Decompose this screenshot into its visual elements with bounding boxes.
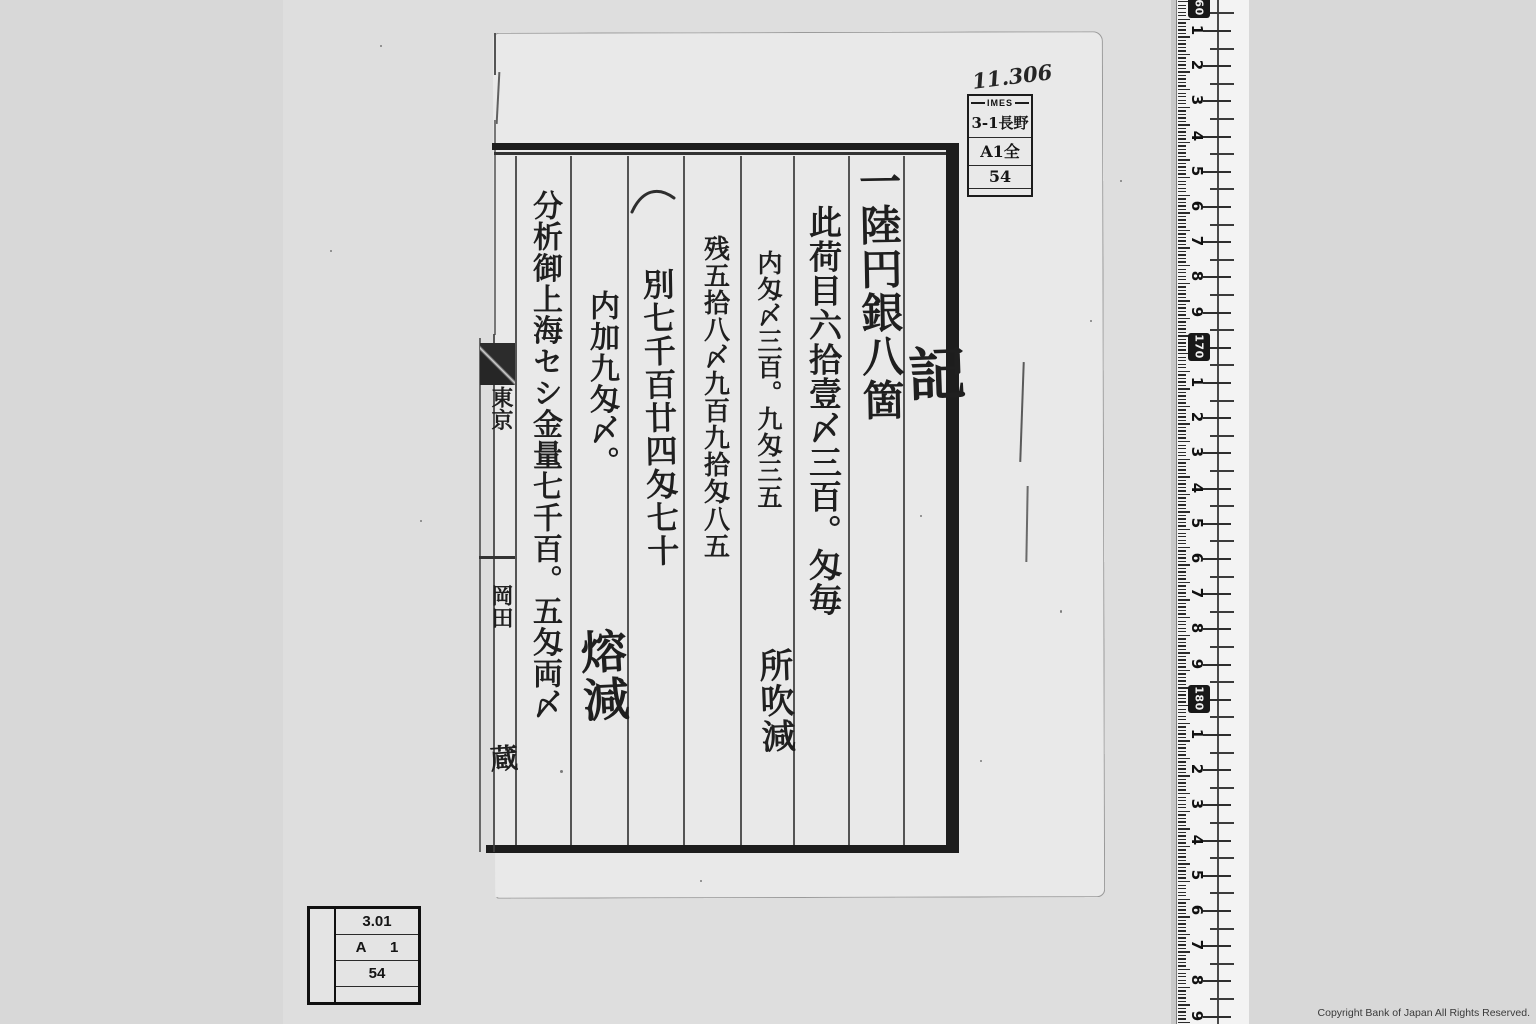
ruler-number: 8 bbox=[1188, 971, 1206, 989]
ruler-mm-tick bbox=[1178, 202, 1186, 203]
ruler-mm-tick bbox=[1178, 325, 1186, 326]
imes-tag-row-number: 54 bbox=[969, 166, 1031, 189]
ruler-mm-tick bbox=[1178, 413, 1186, 414]
ruler-mm-tick bbox=[1178, 592, 1186, 593]
handwritten-column-spine-okada: 岡田 bbox=[486, 584, 512, 630]
ruler-half-cm-tick bbox=[1210, 576, 1234, 578]
ruler-mm-tick bbox=[1178, 716, 1186, 717]
handwritten-column-spine-zo: 蔵 bbox=[482, 743, 518, 774]
scan-speck bbox=[700, 880, 702, 882]
ruler-mm-tick bbox=[1178, 807, 1186, 808]
sheet-edge-left bbox=[494, 33, 496, 75]
ruler-number: 9 bbox=[1188, 1007, 1206, 1024]
ruler-mm-tick bbox=[1178, 578, 1186, 579]
ruler-mm-tick bbox=[1178, 371, 1190, 372]
ruler-mm-tick bbox=[1178, 342, 1186, 343]
corner-archive-tag: 3.01 A 1 54 bbox=[307, 906, 421, 1005]
ruler-mm-tick bbox=[1178, 800, 1186, 801]
ruler-mm-tick bbox=[1178, 297, 1186, 298]
ruler-mm-tick bbox=[1178, 860, 1186, 861]
ruler-mm-tick bbox=[1178, 82, 1186, 83]
ruler-mm-tick bbox=[1178, 131, 1186, 132]
ruled-border-top-inner bbox=[494, 152, 956, 155]
ruler-mm-tick bbox=[1178, 828, 1190, 829]
ruled-border-top bbox=[492, 143, 959, 150]
ruler-number: 5 bbox=[1188, 162, 1206, 180]
ruler-mm-tick bbox=[1178, 645, 1186, 646]
ruler-mm-tick bbox=[1178, 663, 1186, 664]
ruler-half-cm-tick bbox=[1210, 48, 1234, 50]
ruler-mm-tick bbox=[1178, 698, 1186, 699]
ruler-mm-tick bbox=[1178, 867, 1186, 868]
ruler-mm-tick bbox=[1178, 244, 1186, 245]
ruler-mm-tick bbox=[1178, 835, 1186, 836]
ruler-half-cm-tick bbox=[1210, 329, 1234, 331]
ruler-mm-tick bbox=[1178, 152, 1186, 153]
ruler-mm-tick bbox=[1178, 78, 1186, 79]
ruler-mm-tick bbox=[1178, 466, 1186, 467]
ruler-mm-tick bbox=[1178, 659, 1186, 660]
ruler-mm-tick bbox=[1178, 709, 1186, 710]
ruled-border-bottom bbox=[486, 845, 958, 853]
ruler-mm-tick bbox=[1178, 462, 1186, 463]
corner-tag-row-number: 54 bbox=[336, 961, 418, 987]
ruler-mm-tick bbox=[1178, 768, 1186, 769]
ruler-mm-tick bbox=[1178, 853, 1186, 854]
ruler-mm-tick bbox=[1178, 804, 1186, 805]
ruler-mm-tick bbox=[1178, 899, 1190, 900]
ruler-half-cm-tick bbox=[1210, 787, 1234, 789]
ruler-mm-tick bbox=[1178, 976, 1186, 977]
ruler-mm-tick bbox=[1178, 269, 1186, 270]
ruler-cm-tick bbox=[1203, 734, 1231, 736]
ruler-mm-tick bbox=[1178, 480, 1186, 481]
spine-line-outer bbox=[479, 338, 481, 852]
ruler-mm-tick bbox=[1178, 54, 1190, 55]
ruler-mm-tick bbox=[1178, 631, 1186, 632]
ruler-mm-tick bbox=[1178, 536, 1186, 537]
ruler-mm-tick bbox=[1178, 487, 1186, 488]
ruler-mm-tick bbox=[1178, 314, 1186, 315]
handwritten-column-line-5: 別七千百廿四匁七十 bbox=[634, 268, 677, 568]
ruler-mm-tick bbox=[1178, 346, 1186, 347]
column-line bbox=[683, 156, 685, 845]
ruler-mm-tick bbox=[1178, 483, 1186, 484]
ruler-number: 6 bbox=[1188, 197, 1206, 215]
ruler-mm-tick bbox=[1178, 730, 1186, 731]
ruler-mm-tick bbox=[1178, 272, 1186, 273]
ruler-number: 3 bbox=[1188, 795, 1206, 813]
ruler-mm-tick bbox=[1178, 754, 1186, 755]
ruler-mm-tick bbox=[1178, 490, 1186, 491]
ruler-mm-tick bbox=[1178, 378, 1186, 379]
ruler-mm-tick bbox=[1178, 395, 1186, 396]
ruler-mm-tick bbox=[1178, 842, 1186, 843]
scan-speck bbox=[560, 770, 563, 773]
ruler-mm-tick bbox=[1178, 188, 1186, 189]
ruler-cm-tick bbox=[1203, 664, 1231, 666]
ruler-half-cm-tick bbox=[1210, 470, 1234, 472]
ruler-mm-tick bbox=[1178, 332, 1186, 333]
ruler-mm-tick bbox=[1178, 304, 1186, 305]
ruler-mm-tick bbox=[1178, 554, 1186, 555]
ruler-mm-tick bbox=[1178, 61, 1186, 62]
ruler-half-cm-tick bbox=[1210, 505, 1234, 507]
ruler-mm-tick bbox=[1178, 680, 1186, 681]
ruler-mm-tick bbox=[1178, 613, 1186, 614]
ruler-number: 1 bbox=[1188, 725, 1206, 743]
ruler-mm-tick bbox=[1178, 392, 1186, 393]
ruler-mm-tick bbox=[1178, 621, 1186, 622]
ruler-number: 7 bbox=[1188, 232, 1206, 250]
ruler-mm-tick bbox=[1178, 983, 1186, 984]
ruler-half-cm-tick bbox=[1210, 892, 1234, 894]
ruler-half-cm-tick bbox=[1210, 294, 1234, 296]
ruler-mm-tick bbox=[1178, 525, 1186, 526]
ruler-mm-tick bbox=[1178, 892, 1186, 893]
ruler-mm-tick bbox=[1178, 733, 1186, 734]
ruler-mm-tick bbox=[1178, 550, 1186, 551]
ruler-mm-tick bbox=[1178, 624, 1186, 625]
ruler-mm-tick bbox=[1178, 420, 1186, 421]
ruler-mm-tick bbox=[1178, 455, 1186, 456]
ruler-mm-tick bbox=[1178, 452, 1186, 453]
ruler-mm-tick bbox=[1178, 1001, 1186, 1002]
imes-tag-row-class: A1全 bbox=[969, 138, 1031, 166]
ruler-mm-tick bbox=[1178, 469, 1186, 470]
ruler-mm-tick bbox=[1178, 445, 1186, 446]
ruler-cm-tick bbox=[1203, 523, 1231, 525]
ruler-cm-tick bbox=[1203, 558, 1231, 560]
handwritten-column-line-3-note: 所吹減 bbox=[748, 647, 793, 754]
corner-tag-side-cell bbox=[310, 909, 336, 1002]
ruler-half-cm-tick bbox=[1210, 963, 1234, 965]
ruler-mm-tick bbox=[1178, 515, 1186, 516]
ruler-mm-tick bbox=[1178, 367, 1186, 368]
ruler-number: 5 bbox=[1188, 514, 1206, 532]
ruler-mm-tick bbox=[1178, 149, 1186, 150]
ruler-mm-tick bbox=[1178, 642, 1186, 643]
ruler-mm-tick bbox=[1178, 814, 1186, 815]
ruler-mm-tick bbox=[1178, 198, 1186, 199]
ruler-half-cm-tick bbox=[1210, 857, 1234, 859]
ruler-mm-tick bbox=[1178, 677, 1186, 678]
handwritten-column-line-4: 残五拾八〆九百九拾匁八五 bbox=[697, 235, 728, 559]
ruler-mm-tick bbox=[1178, 233, 1186, 234]
ruler-mm-tick bbox=[1178, 1004, 1190, 1005]
ruler-mm-tick bbox=[1178, 406, 1190, 407]
ruler-half-cm-tick bbox=[1210, 540, 1234, 542]
ruler-mm-tick bbox=[1178, 540, 1186, 541]
ruler-mm-tick bbox=[1178, 47, 1186, 48]
ruler-mm-tick bbox=[1178, 29, 1186, 30]
ruler-number: 1 bbox=[1188, 21, 1206, 39]
ruler-number: 2 bbox=[1188, 56, 1206, 74]
corner-tag-row-code: 3.01 bbox=[336, 909, 418, 935]
imes-tag-title: IMES bbox=[987, 98, 1013, 108]
ruler-mm-tick bbox=[1178, 941, 1186, 942]
ruler-cm-tick bbox=[1203, 30, 1231, 32]
ruler-mm-tick bbox=[1178, 779, 1186, 780]
ruler-mm-tick bbox=[1178, 339, 1186, 340]
ruler-mm-tick bbox=[1178, 786, 1186, 787]
ruler-mm-tick bbox=[1178, 747, 1186, 748]
ruler-half-cm-tick bbox=[1210, 83, 1234, 85]
ruler-mm-tick bbox=[1178, 33, 1186, 34]
ruler-mm-tick bbox=[1178, 571, 1186, 572]
ruler-cm-tick bbox=[1203, 312, 1231, 314]
ruler-mm-tick bbox=[1178, 399, 1186, 400]
scan-speck bbox=[980, 760, 982, 762]
ruler-mm-tick bbox=[1178, 427, 1186, 428]
handwritten-column-spine-tokyo: 東京 bbox=[486, 386, 512, 432]
ruler-mm-tick bbox=[1178, 789, 1186, 790]
ruler-half-cm-tick bbox=[1210, 259, 1234, 261]
ruler-mm-tick bbox=[1178, 12, 1186, 13]
ruler-mm-tick bbox=[1178, 568, 1186, 569]
ruler-number: 4 bbox=[1188, 127, 1206, 145]
ruler-number: 4 bbox=[1188, 479, 1206, 497]
ruler-mm-tick bbox=[1178, 603, 1186, 604]
ruler-mm-tick bbox=[1178, 965, 1186, 966]
ruler-number: 5 bbox=[1188, 866, 1206, 884]
ruler-mm-tick bbox=[1178, 307, 1186, 308]
ruler-number: 3 bbox=[1188, 443, 1206, 461]
ruler-number: 6 bbox=[1188, 901, 1206, 919]
ruler-mm-tick bbox=[1178, 712, 1186, 713]
ruler-mm-tick bbox=[1178, 166, 1186, 167]
ruler-number: 4 bbox=[1188, 831, 1206, 849]
ruler-number: 3 bbox=[1188, 91, 1206, 109]
ruler-mm-tick bbox=[1178, 230, 1190, 231]
ruler-mm-tick bbox=[1178, 110, 1186, 111]
scan-speck bbox=[330, 250, 332, 252]
ruler-mm-tick bbox=[1178, 821, 1186, 822]
ruler-mm-tick bbox=[1178, 237, 1186, 238]
ruler-cm-tick bbox=[1203, 628, 1231, 630]
ruler-cm-tick bbox=[1203, 769, 1231, 771]
ruler-cm-tick bbox=[1203, 593, 1231, 595]
ruler-mm-tick bbox=[1178, 473, 1186, 474]
scan-speck bbox=[380, 45, 382, 47]
ruler-cm-block-160: 160 bbox=[1188, 0, 1210, 18]
ruler-mm-tick bbox=[1178, 64, 1186, 65]
ruler-cm-tick bbox=[1203, 171, 1231, 173]
column-line bbox=[570, 156, 572, 845]
ruler-cm-tick bbox=[1203, 875, 1231, 877]
ruler-mm-tick bbox=[1178, 100, 1186, 101]
ruler-cm-tick bbox=[1203, 980, 1231, 982]
ruler-mm-tick bbox=[1178, 128, 1186, 129]
ruler-half-cm-tick bbox=[1210, 752, 1234, 754]
ruler-mm-tick bbox=[1178, 205, 1186, 206]
ruler-mm-tick bbox=[1178, 374, 1186, 375]
ruler-half-cm-tick bbox=[1210, 188, 1234, 190]
ruler-mm-tick bbox=[1178, 691, 1186, 692]
ruler-cm-tick bbox=[1203, 417, 1231, 419]
ruler-mm-tick bbox=[1178, 501, 1186, 502]
ruler-mm-tick bbox=[1178, 684, 1186, 685]
ruler-number: 2 bbox=[1188, 760, 1206, 778]
ruler-number: 9 bbox=[1188, 655, 1206, 673]
ruler-mm-tick bbox=[1178, 311, 1186, 312]
spine-divider bbox=[479, 556, 515, 559]
ruler-mm-tick bbox=[1178, 652, 1190, 653]
ruler-cm-tick bbox=[1203, 206, 1231, 208]
ruler-cm-tick bbox=[1203, 382, 1231, 384]
ruler-mm-tick bbox=[1178, 508, 1186, 509]
ruler-mm-tick bbox=[1178, 673, 1186, 674]
ruler-cm-tick bbox=[1203, 65, 1231, 67]
ruler-half-cm-tick bbox=[1210, 224, 1234, 226]
ruler-mm-tick bbox=[1178, 923, 1186, 924]
ruler-half-cm-tick bbox=[1210, 716, 1234, 718]
ruler-number: 7 bbox=[1188, 584, 1206, 602]
scan-speck bbox=[920, 515, 922, 517]
ruler-mm-tick bbox=[1178, 385, 1186, 386]
ruler-cm-tick bbox=[1203, 840, 1231, 842]
ruler-mm-tick bbox=[1178, 163, 1186, 164]
ruler-cm-tick bbox=[1203, 276, 1231, 278]
ruler-mm-tick bbox=[1178, 948, 1186, 949]
ruler-mm-tick bbox=[1178, 533, 1186, 534]
ruler-mm-tick bbox=[1178, 849, 1186, 850]
ruler-number: 9 bbox=[1188, 303, 1206, 321]
ruler-mm-tick bbox=[1178, 209, 1186, 210]
ruler-mm-tick bbox=[1178, 117, 1186, 118]
ruler-mm-tick bbox=[1178, 1018, 1186, 1019]
ruler-half-cm-tick bbox=[1210, 928, 1234, 930]
ruler-number: 8 bbox=[1188, 619, 1206, 637]
ruler-mm-tick bbox=[1178, 15, 1186, 16]
ruler-mm-tick bbox=[1178, 43, 1186, 44]
ruler-mm-tick bbox=[1178, 585, 1186, 586]
ruler-mm-tick bbox=[1178, 557, 1186, 558]
ruler-mm-tick bbox=[1178, 328, 1186, 329]
ruler-mm-tick bbox=[1178, 726, 1186, 727]
ruler-mm-tick bbox=[1178, 22, 1186, 23]
imes-tag-row-empty bbox=[969, 189, 1031, 198]
ruler-cm-tick bbox=[1203, 1016, 1231, 1018]
ruler-half-cm-tick bbox=[1210, 435, 1234, 437]
ruler-cm-tick bbox=[1203, 136, 1231, 138]
ruler-mm-tick bbox=[1178, 402, 1186, 403]
ruler-mm-tick bbox=[1178, 195, 1190, 196]
ruler-mm-tick bbox=[1178, 430, 1186, 431]
corner-tag-row-empty bbox=[336, 987, 418, 1002]
ruler-mm-tick bbox=[1178, 138, 1186, 139]
ruler-number: 6 bbox=[1188, 549, 1206, 567]
ruler-cm-tick bbox=[1203, 804, 1231, 806]
ruler-mm-tick bbox=[1178, 649, 1186, 650]
ruler-mm-tick bbox=[1178, 575, 1186, 576]
ruler-half-cm-tick bbox=[1210, 364, 1234, 366]
ruler-mm-tick bbox=[1178, 839, 1186, 840]
ruler-mm-tick bbox=[1178, 321, 1186, 322]
ruler-mm-tick bbox=[1178, 26, 1186, 27]
ruler-mm-tick bbox=[1178, 124, 1190, 125]
ruler-mm-tick bbox=[1178, 1008, 1186, 1009]
ruler-mm-tick bbox=[1178, 782, 1186, 783]
ruler-mm-tick bbox=[1178, 758, 1190, 759]
ruler-mm-tick bbox=[1178, 856, 1186, 857]
ruler-mm-tick bbox=[1178, 955, 1186, 956]
ruler-mm-tick bbox=[1178, 927, 1186, 928]
ruler-half-cm-tick bbox=[1210, 681, 1234, 683]
ruler-mm-tick bbox=[1178, 997, 1186, 998]
ruler-mm-tick bbox=[1178, 694, 1186, 695]
ruler-mm-tick bbox=[1178, 761, 1186, 762]
ruler-mm-tick bbox=[1178, 656, 1186, 657]
ruler-mm-tick bbox=[1178, 19, 1190, 20]
ruler-half-cm-tick bbox=[1210, 822, 1234, 824]
ruler-mm-tick bbox=[1178, 364, 1186, 365]
ruler-mm-tick bbox=[1178, 561, 1186, 562]
ruler-mm-tick bbox=[1178, 191, 1186, 192]
ruler-cm-tick bbox=[1203, 910, 1231, 912]
ruler-mm-tick bbox=[1178, 913, 1186, 914]
ruler-mm-tick bbox=[1178, 930, 1186, 931]
ruler-mm-tick bbox=[1178, 920, 1186, 921]
ruler-mm-tick bbox=[1178, 902, 1186, 903]
ruler-mm-tick bbox=[1178, 1015, 1186, 1016]
handwritten-column-line-3: 内匁〆三百。九匁三五 bbox=[751, 250, 781, 510]
ruler-cm-tick bbox=[1203, 452, 1231, 454]
ruler-mm-tick bbox=[1178, 874, 1186, 875]
ruler-mm-tick bbox=[1178, 184, 1186, 185]
ruler-mm-tick bbox=[1178, 349, 1186, 350]
ruler-mm-tick bbox=[1178, 93, 1186, 94]
ruler-half-cm-tick bbox=[1210, 118, 1234, 120]
ruler-mm-tick bbox=[1178, 606, 1186, 607]
ruler-mm-tick bbox=[1178, 286, 1186, 287]
ruler-mm-tick bbox=[1178, 261, 1186, 262]
ruler-mm-tick bbox=[1178, 50, 1186, 51]
corner-tag-row-class: A 1 bbox=[336, 935, 418, 961]
ruler-mm-tick bbox=[1178, 818, 1186, 819]
handwritten-column-line-2: 此荷目六拾壹〆三百。匁毎 bbox=[800, 205, 840, 617]
copyright-notice: Copyright Bank of Japan All Rights Reser… bbox=[1318, 1007, 1530, 1019]
ruler-mm-tick bbox=[1178, 279, 1186, 280]
ruler-mm-tick bbox=[1178, 276, 1186, 277]
handwritten-column-line-6-note: 熔減 bbox=[568, 627, 628, 725]
ruler-mm-tick bbox=[1178, 994, 1186, 995]
ruler-mm-tick bbox=[1178, 832, 1186, 833]
ruler-mm-tick bbox=[1178, 701, 1186, 702]
ruler-mm-tick bbox=[1178, 448, 1186, 449]
ruler-mm-tick bbox=[1178, 589, 1186, 590]
ruler-cm-tick bbox=[1203, 488, 1231, 490]
ruler-mm-tick bbox=[1178, 1011, 1186, 1012]
ruler-mm-tick bbox=[1178, 181, 1186, 182]
ruler-mm-tick bbox=[1178, 958, 1186, 959]
ruler-mm-tick bbox=[1178, 135, 1186, 136]
ruler-mm-tick bbox=[1178, 906, 1186, 907]
ruler-mm-tick bbox=[1178, 980, 1186, 981]
handwritten-column-line-7: 分析御上海セシ金量七千百。五匁両〆 bbox=[524, 190, 560, 720]
ruler-mm-tick bbox=[1178, 258, 1186, 259]
ruler-half-cm-tick bbox=[1210, 646, 1234, 648]
scan-speck bbox=[1060, 610, 1062, 613]
ruler-mm-tick bbox=[1178, 114, 1186, 115]
ruler-mm-tick bbox=[1178, 226, 1186, 227]
ruler-mm-tick bbox=[1178, 223, 1186, 224]
column-line bbox=[515, 156, 517, 845]
ruler-mm-tick bbox=[1178, 638, 1186, 639]
ruler-mm-tick bbox=[1178, 5, 1186, 6]
ruler-mm-tick bbox=[1178, 547, 1190, 548]
ruler-mm-tick bbox=[1178, 40, 1186, 41]
